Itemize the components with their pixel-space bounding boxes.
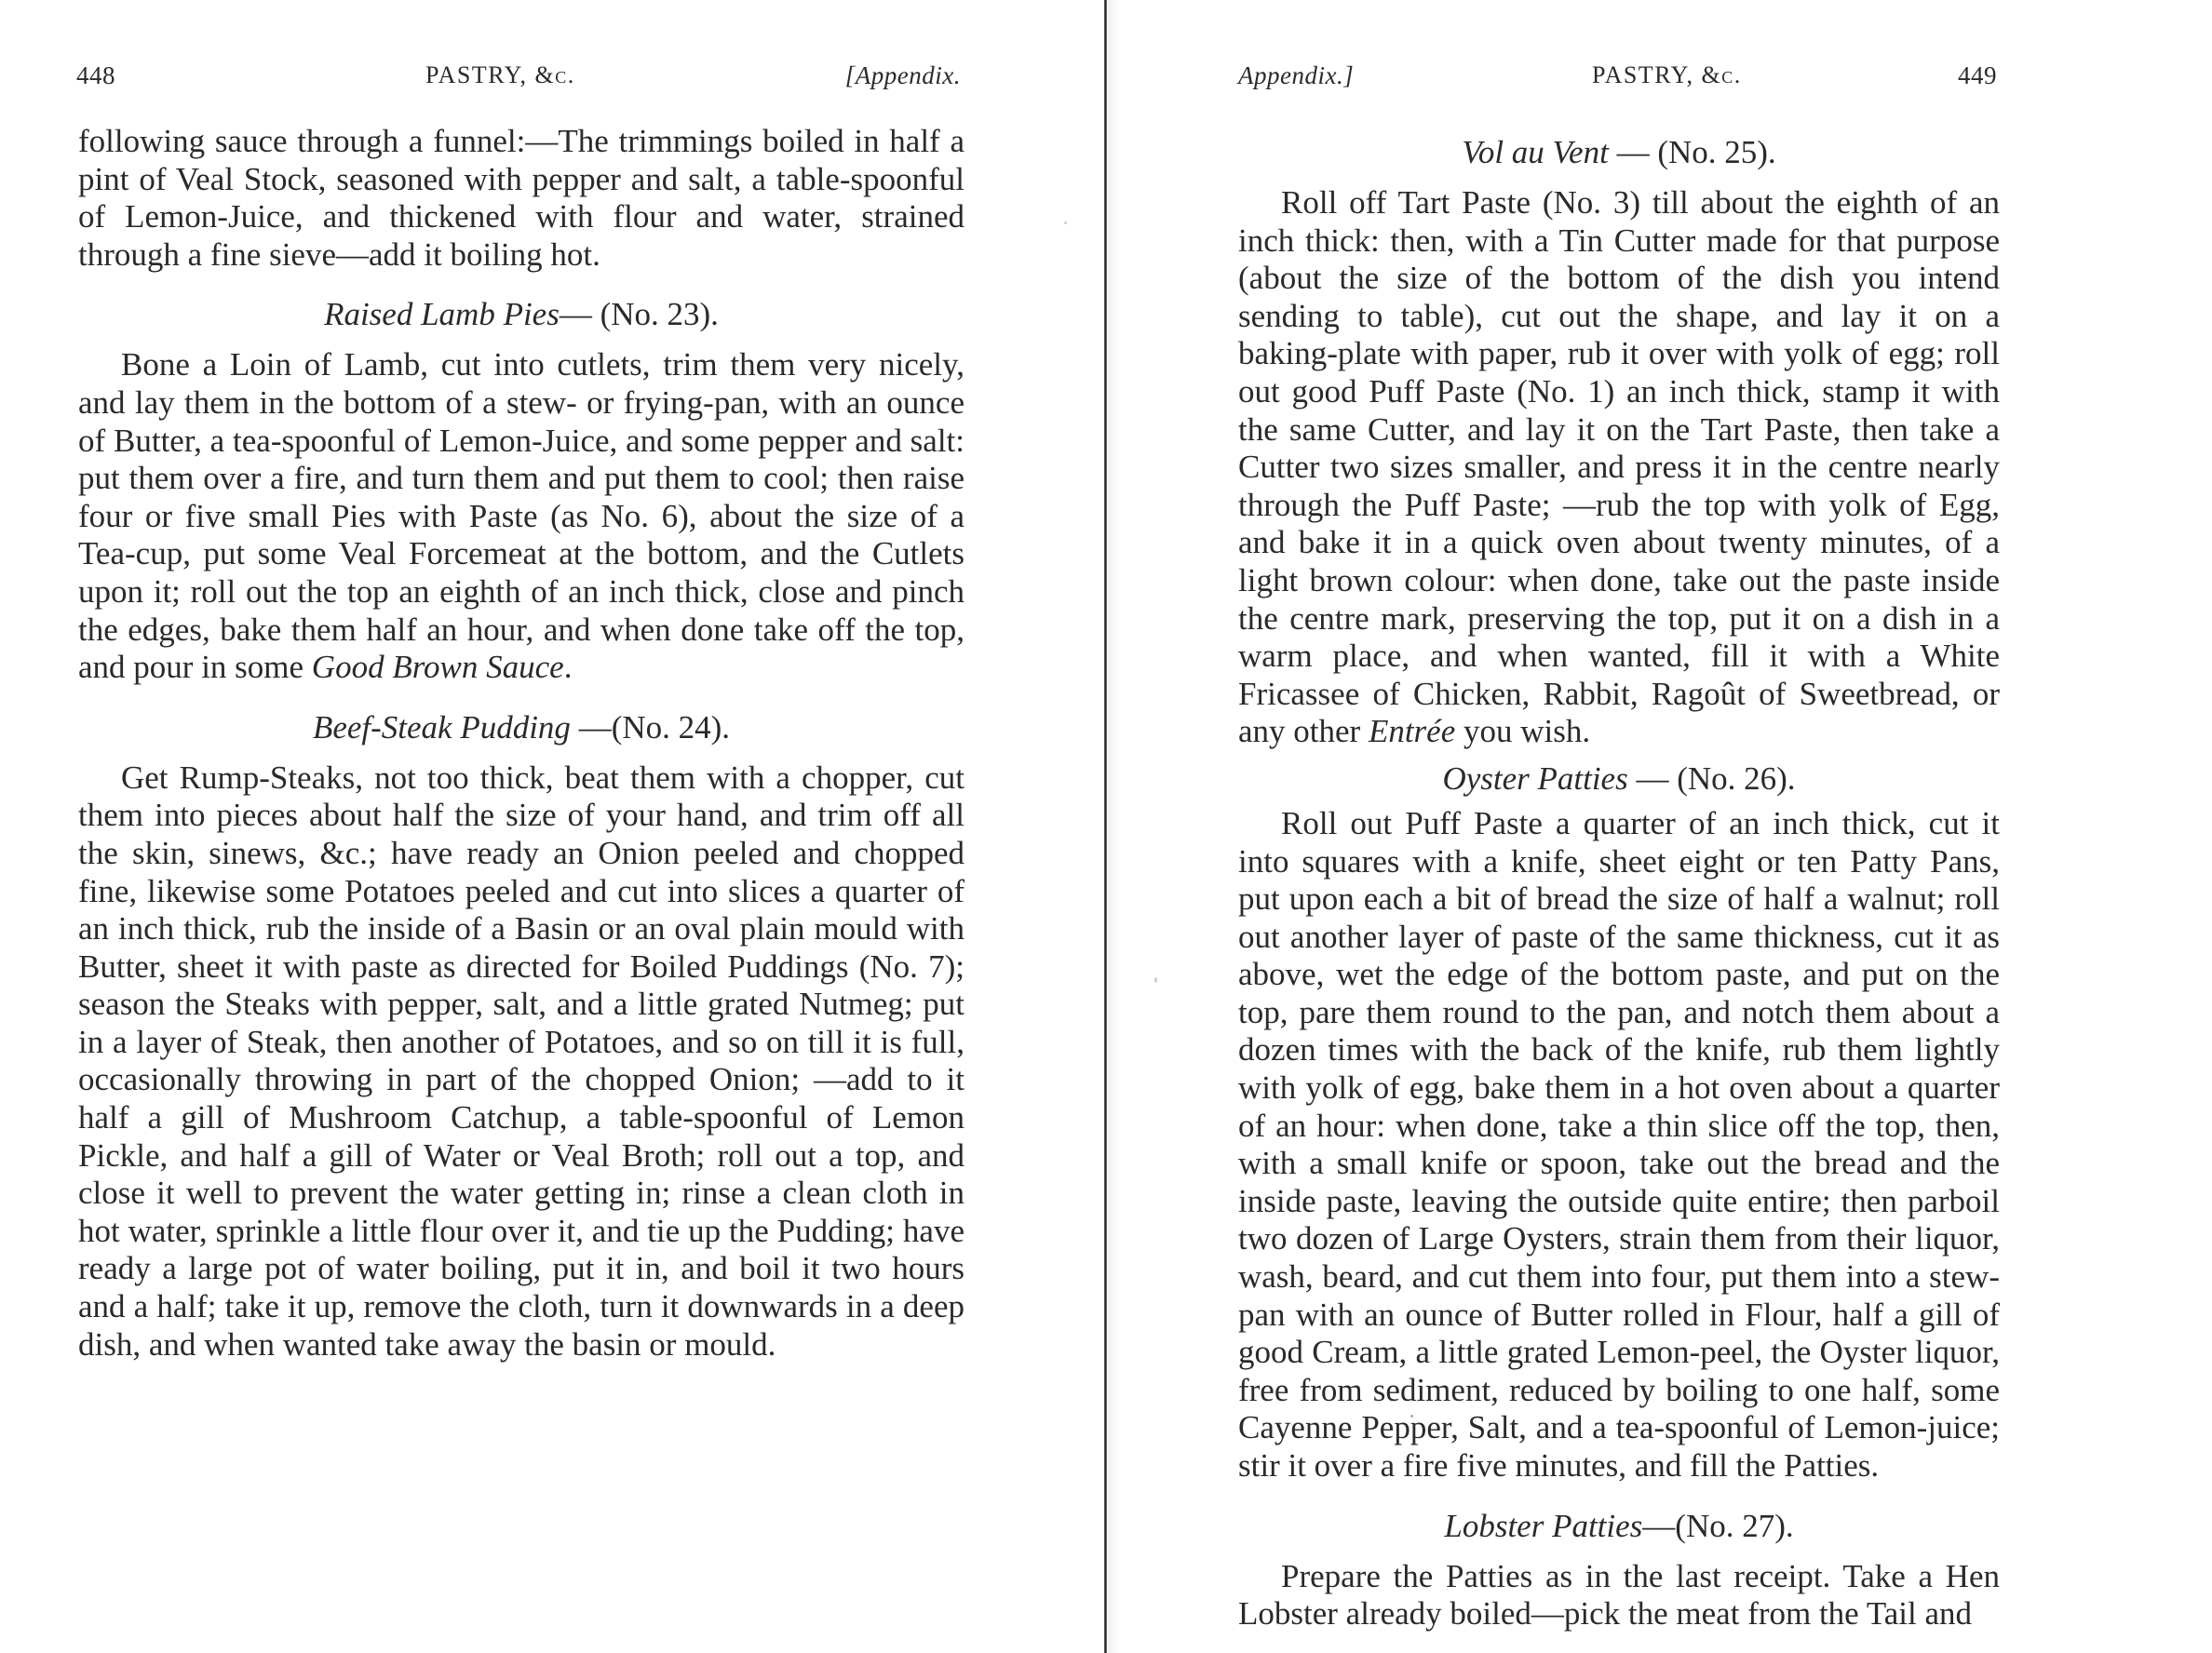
- recipe-title: Oyster Patties: [1442, 760, 1627, 797]
- recipe-body-raised-lamb-pies: Bone a Loin of Lamb, cut into cutlets, t…: [78, 346, 964, 686]
- running-head-right: Appendix.] PASTRY, &c. 449: [1238, 61, 1997, 99]
- scan-speck: [1154, 977, 1157, 983]
- running-title: PASTRY, &c.: [1592, 61, 1742, 89]
- emphasis-text: Entrée: [1369, 713, 1455, 749]
- body-text-tail: .: [564, 649, 573, 685]
- recipe-heading-beef-steak-pudding: Beef-Steak Pudding —(No. 24).: [78, 687, 964, 759]
- section-label: Appendix.]: [1238, 61, 1354, 90]
- recipe-heading-raised-lamb-pies: Raised Lamb Pies— (No. 23).: [78, 274, 964, 346]
- recipe-title: Vol au Vent: [1462, 134, 1608, 170]
- book-gutter: [1104, 0, 1107, 1653]
- page-449: Appendix.] PASTRY, &c. 449 Vol au Vent —…: [1108, 0, 2212, 1653]
- page-number: 449: [1958, 61, 1997, 90]
- body-text: Bone a Loin of Lamb, cut into cutlets, t…: [78, 346, 964, 685]
- body-text-tail: you wish.: [1455, 713, 1590, 749]
- recipe-body-vol-au-vent: Roll off Tart Paste (No. 3) till about t…: [1238, 184, 2000, 751]
- text-block-left: following sauce through a funnel:—The tr…: [78, 123, 964, 1364]
- recipe-heading-oyster-patties: Oyster Patties — (No. 26).: [1238, 751, 2000, 805]
- running-head-left: 448 PASTRY, &c. [Appendix.: [76, 61, 961, 99]
- recipe-number: —(No. 24).: [571, 709, 730, 746]
- emphasis-text: Good Brown Sauce: [312, 649, 564, 685]
- recipe-heading-vol-au-vent: Vol au Vent — (No. 25).: [1238, 130, 2000, 184]
- recipe-number: — (No. 23).: [560, 296, 719, 332]
- book-spread: 448 PASTRY, &c. [Appendix. following sau…: [0, 0, 2212, 1653]
- page-number: 448: [76, 61, 115, 90]
- recipe-body-oyster-patties: Roll out Puff Paste a quarter of an inch…: [1238, 805, 2000, 1485]
- recipe-number: —(No. 27).: [1642, 1508, 1793, 1544]
- recipe-number: — (No. 25).: [1609, 134, 1776, 170]
- recipe-title: Beef-Steak Pudding: [313, 709, 571, 746]
- recipe-title: Raised Lamb Pies: [324, 296, 560, 332]
- recipe-body-beef-steak-pudding: Get Rump-Steaks, not too thick, beat the…: [78, 759, 964, 1364]
- scan-speck: [1410, 1415, 1413, 1418]
- running-title: PASTRY, &c.: [425, 61, 575, 89]
- recipe-number: — (No. 26).: [1628, 760, 1796, 797]
- recipe-title: Lobster Patties: [1444, 1508, 1642, 1544]
- body-text: Roll off Tart Paste (No. 3) till about t…: [1238, 184, 2000, 749]
- page-448: 448 PASTRY, &c. [Appendix. following sau…: [0, 0, 1104, 1653]
- recipe-heading-lobster-patties: Lobster Patties—(No. 27).: [1238, 1485, 2000, 1558]
- section-label: [Appendix.: [845, 61, 961, 90]
- scan-speck: [1064, 222, 1067, 224]
- text-block-right: Vol au Vent — (No. 25). Roll off Tart Pa…: [1238, 130, 2000, 1633]
- paragraph-continuation: following sauce through a funnel:—The tr…: [78, 123, 964, 274]
- recipe-body-lobster-patties: Prepare the Patties as in the last recei…: [1238, 1558, 2000, 1633]
